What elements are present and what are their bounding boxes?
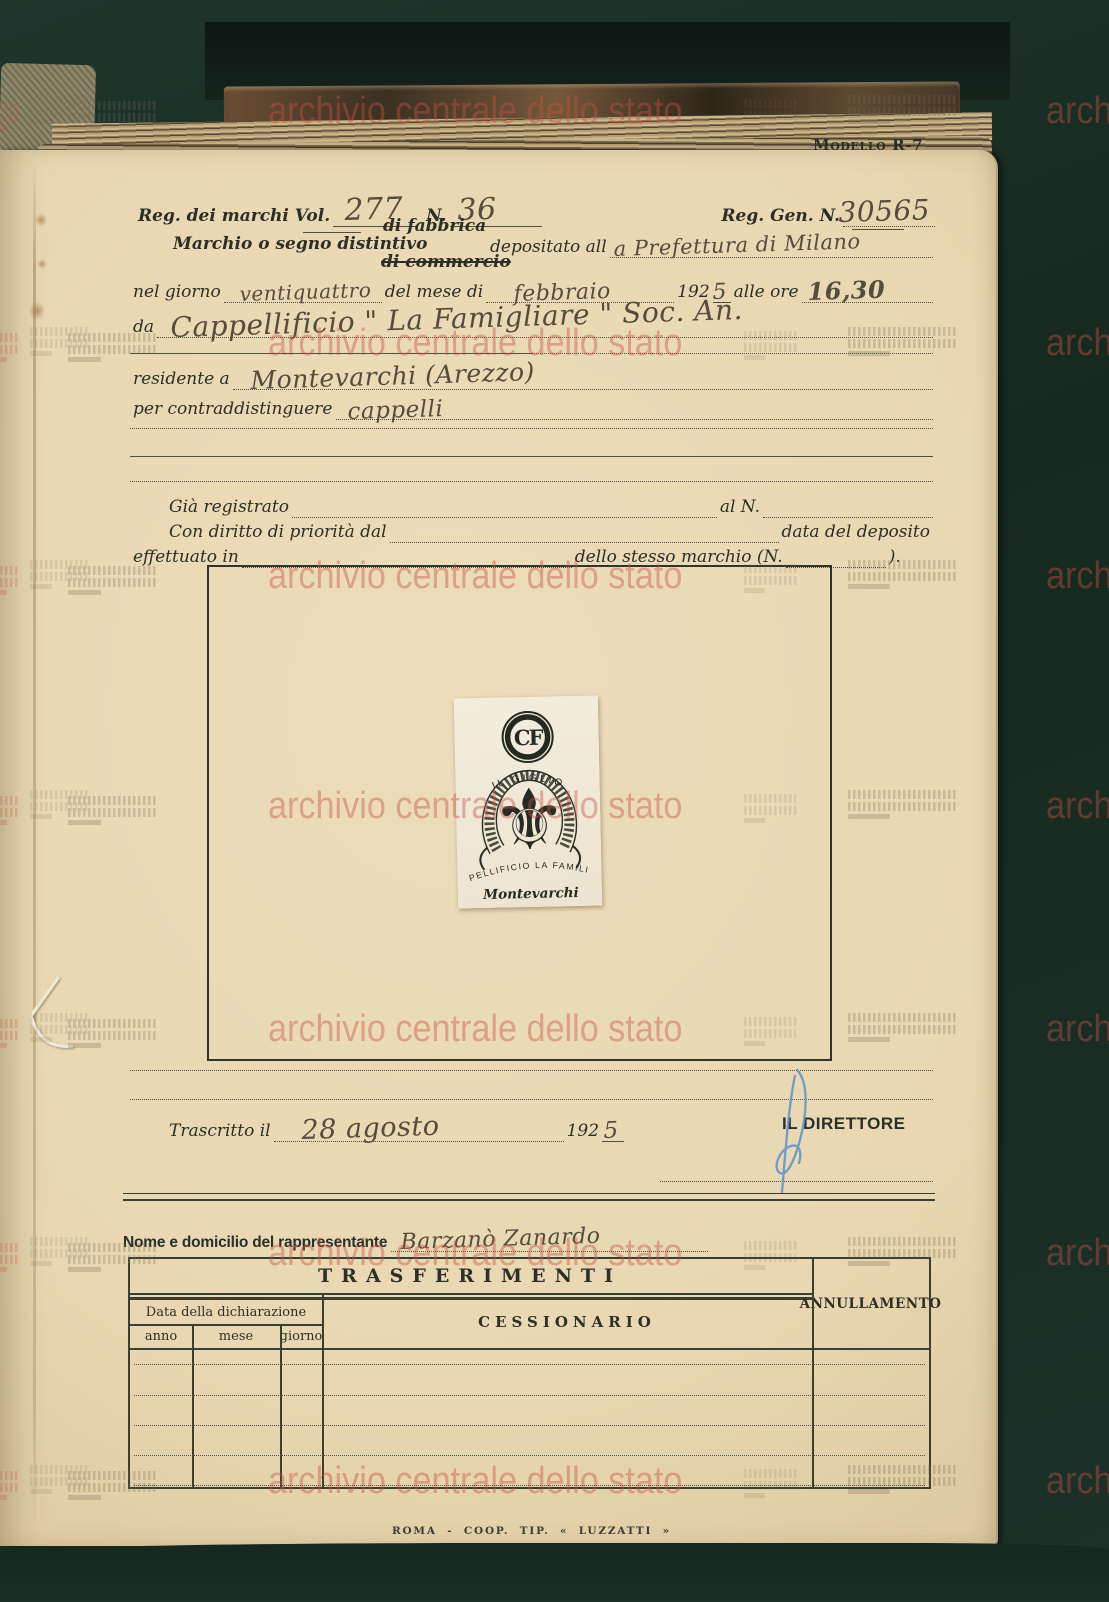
deposited-at-row: depositato all a Prefettura di Milano [487,230,933,258]
watermark-text: archivio centrale dello stato [1046,324,1109,362]
reg-gen-handwritten-value: 30565 [838,193,931,229]
table-row [134,1395,925,1396]
representative-handwritten-value: Barzanò Zanardo [401,1224,602,1255]
col-mese: mese [192,1325,280,1348]
scanned-register-page: Modello R-7 Reg. dei marchi Vol. 277 N. … [0,0,1109,1602]
transcription-anno-handwritten: 5 [603,1118,619,1144]
fleur-de-lis-icon: ⚜ [491,770,568,870]
watermark-text: archivio centrale dello stato [1046,1010,1109,1048]
col-giorno: giorno [280,1325,322,1348]
blank-fill-line [130,428,933,429]
transcription-row: Trascritto il 28 agosto 192 5 [130,1108,690,1142]
section-divider [123,1193,935,1201]
watermark-text: archivio centrale dello stato [1046,92,1109,130]
representative-fill-line: Barzanò Zanardo [391,1247,708,1252]
table-row [134,1364,925,1365]
col-annullamento: ANNULLAMENTO [812,1289,929,1319]
age-stain [38,258,46,270]
transcription-anno-printed: 192 [564,1121,602,1142]
watermark-text: archivio centrale dello stato [1046,1234,1109,1272]
table-line [130,1348,929,1350]
book-cover-bottom [0,1543,1109,1602]
stamp-logo: CF IL GIGLIO ⚜ CAPPELLIFICIO LA FAMILIAR… [454,696,602,909]
depositato-handwritten-value: a Prefettura di Milano [613,229,861,261]
da-label: da [130,317,157,338]
data-deposito-label: data del deposito [779,522,933,543]
watermark-text: archivio centrale dello stato [1046,1462,1109,1500]
gia-registrato-label: Già registrato [166,497,292,518]
blank-fill-line [130,481,933,482]
blank-fill-line [130,456,933,457]
company-handwritten-value: Cappellificio " La Famigliare " Soc. An. [170,293,743,344]
transfers-table: TRASFERIMENTI Data della dichiarazione a… [128,1257,931,1489]
goods-fill-line: cappelli [336,415,934,420]
register-number-row: Reg. dei marchi Vol. 277 N. 36 Reg. Gen.… [135,193,935,227]
col-anno: anno [130,1325,192,1348]
col-declaration-date: Data della dichiarazione [130,1300,322,1324]
age-stain [36,212,46,228]
binding-stitch [0,950,120,1070]
table-line [280,1324,282,1487]
transcription-anno-fill: 5 [602,1137,624,1142]
applicant-row: da Cappellificio " La Famigliare " Soc. … [130,298,933,338]
trascritto-label: Trascritto il [166,1121,274,1142]
table-line [192,1324,194,1487]
table-line [812,1259,814,1487]
underline [303,232,361,233]
al-n-label: al N. [717,497,763,518]
printer-imprint: ROMA - COOP. TIP. « LUZZATTI » [130,1525,933,1537]
blank-fill-line [130,349,532,354]
goods-handwritten-value: cappelli [347,396,444,425]
watermark-text: archivio centrale dello stato [1046,787,1109,825]
depositato-fill-line: a Prefettura di Milano [610,253,933,258]
residence-row: residente a Montevarchi (Arezzo) [130,356,933,390]
transcription-date-fill: 28 agosto [274,1137,564,1142]
table-row [134,1425,925,1426]
blank-fill-line [532,349,934,354]
form-model-number: Modello R-7 [813,136,923,154]
table-row [134,1485,925,1486]
representative-label: Nome e domicilio del rappresentante [123,1234,391,1252]
director-signature [745,1062,840,1197]
gutter-crease [33,160,36,1540]
table-line [130,1293,812,1295]
representative-row: Nome e domicilio del rappresentante Barz… [123,1222,708,1252]
transcription-date-handwritten: 28 agosto [301,1111,440,1146]
blank-line-row [130,340,933,354]
priority-row: Con diritto di priorità dal data del dep… [130,517,933,543]
watermark-text: archivio centrale dello stato [1046,557,1109,595]
monogram-text: CF [514,725,544,751]
close-paren-label: ). [886,547,904,568]
reg-gen-label: Reg. Gen. N. [718,206,843,227]
age-stain [30,300,44,322]
stamp-city-text: Montevarchi [482,885,579,903]
table-row [134,1455,925,1456]
da-fill-line: Cappellificio " La Famigliare " Soc. An. [157,333,933,338]
trademark-stamp: CF IL GIGLIO ⚜ CAPPELLIFICIO LA FAMILIAR… [454,696,602,909]
goods-row: per contraddistinguere cappelli [130,386,933,420]
reg-gen-fill-line: 30565 [843,222,935,227]
table-title: TRASFERIMENTI [130,1259,810,1293]
table-line [322,1293,324,1487]
contraddistinguere-label: per contraddistinguere [130,399,336,420]
depositato-label: depositato all [487,237,610,258]
col-cessionario: CESSIONARIO [322,1297,812,1347]
con-diritto-label: Con diritto di priorità dal [166,522,390,543]
reg-marchi-label: Reg. dei marchi Vol. [135,206,333,227]
prior-registration-row: Già registrato al N. [130,492,933,518]
